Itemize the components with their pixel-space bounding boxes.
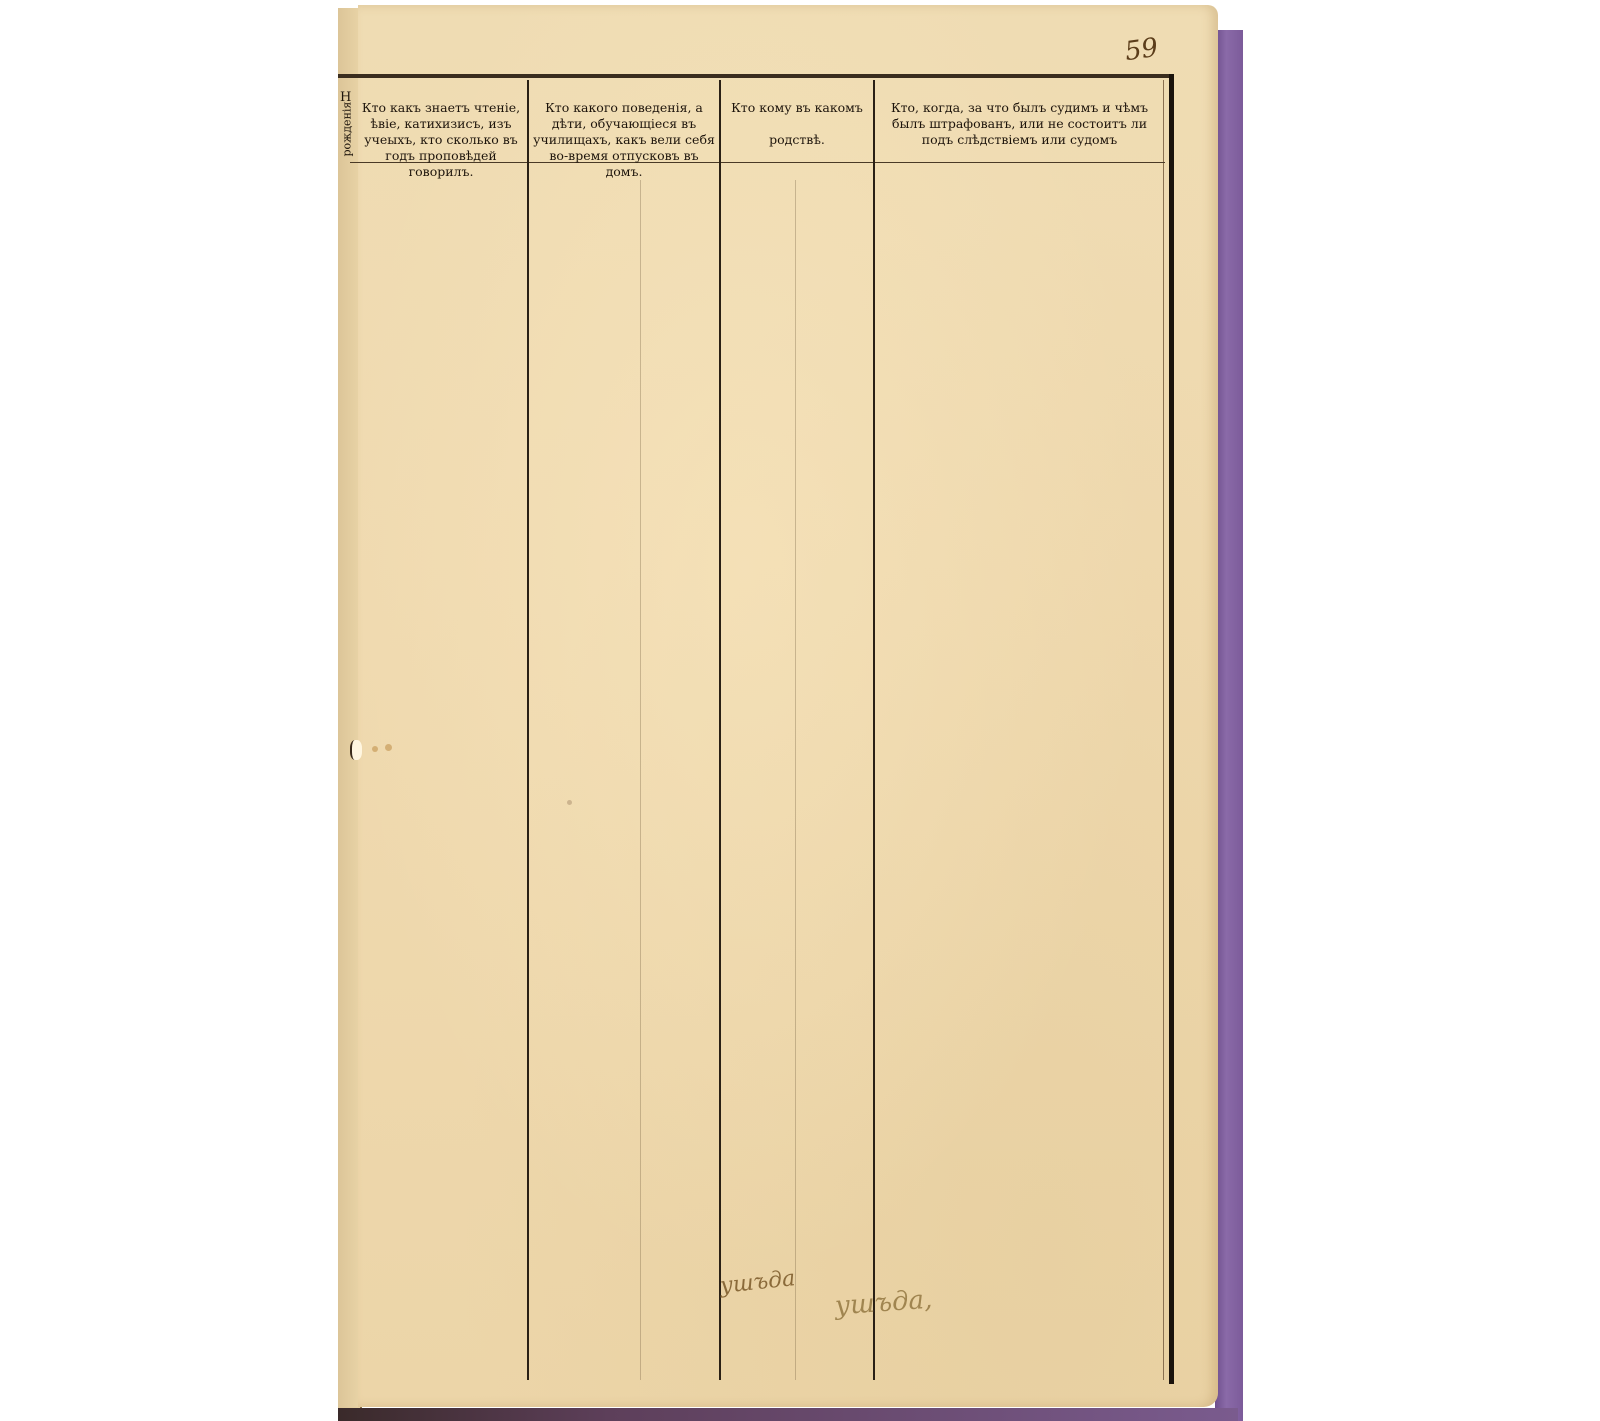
table-top-border — [338, 74, 1172, 78]
previous-page-tab: Н рожденiя — [339, 90, 353, 170]
column-header-court: Кто, когда, за что былъ судимъ и чѣмъ бы… — [877, 100, 1162, 148]
stain-spot — [567, 800, 572, 805]
stain-spot — [372, 746, 378, 752]
faint-subdivider — [640, 180, 641, 1380]
column-divider-1 — [527, 80, 529, 1380]
book-cover-edge — [1215, 30, 1243, 1421]
column-divider-3 — [873, 80, 875, 1380]
column-header-kinship: Кто кому въ какомъ родствѣ. — [722, 100, 872, 148]
table-right-inner-border — [1163, 80, 1164, 1380]
kinship-header-line1: Кто кому въ какомъ — [722, 100, 872, 116]
column-header-literacy: Кто какъ знаетъ чтенiе, ѣвiе, катихизисъ… — [356, 100, 526, 180]
tab-rotated-label: рожденiя — [341, 97, 354, 157]
table-right-border — [1169, 74, 1174, 1384]
paper-tear — [350, 740, 362, 760]
page-bottom-shadow — [338, 1408, 1238, 1421]
stain-spot — [385, 744, 392, 751]
column-header-behavior: Кто какого поведенiя, а дѣти, обучающiес… — [531, 100, 717, 180]
ledger-page — [358, 5, 1218, 1407]
page-number: 59 — [1123, 33, 1160, 67]
faint-subdivider — [795, 180, 796, 1380]
column-divider-2 — [719, 80, 721, 1380]
kinship-header-line2: родствѣ. — [722, 132, 872, 148]
